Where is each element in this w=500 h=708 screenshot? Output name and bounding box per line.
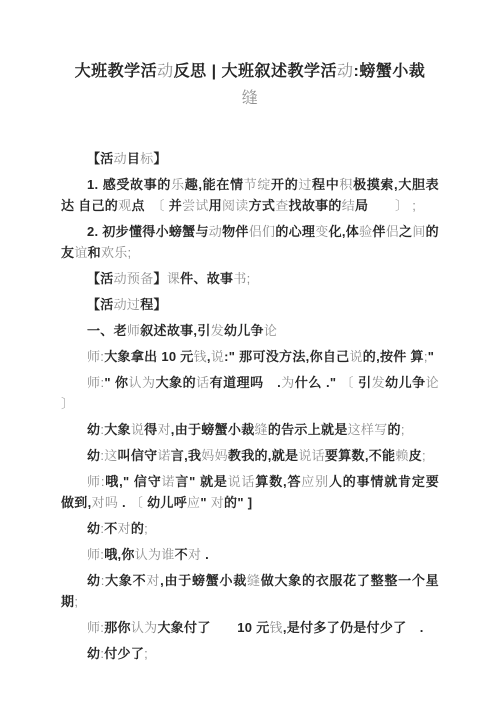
paragraph-child-line-4: 幼:大象不对,由于螃蟹小裁缝做大象的衣服花了整整一个星期; (61, 570, 439, 612)
paragraph-child-line-1: 幼:大象说得对,由于螃蟹小裁缝的告示上就是这样写的; (61, 419, 439, 440)
document-title-line-2: 缝 (60, 85, 440, 112)
document-title-line-1: 大班教学活动反思 | 大班叙述教学活动:螃蟹小裁 (60, 58, 440, 85)
paragraph-teacher-line-2: 师:" 你认为大象的话有道理吗 .为什么 ." 〔 引发幼儿争论 〕 (61, 372, 439, 414)
paragraph-process-header: 【活动过程】 (61, 294, 439, 315)
paragraph-child-line-3: 幼:不对的; (61, 518, 439, 539)
paragraph-goals-header: 【活动目标】 (61, 148, 439, 169)
document-title: 大班教学活动反思 | 大班叙述教学活动:螃蟹小裁 缝 (60, 58, 440, 112)
paragraph-goal-1: 1. 感受故事的乐趣,能在情节绽开的过程中积极摸索,大胆表达 自己的观点 〔 并… (61, 174, 439, 216)
paragraph-child-line-2: 幼:这叫信守诺言,我妈妈教我的,就是说话要算数,不能赖皮; (61, 445, 439, 466)
paragraph-teacher-line-1: 师:大象拿出 10 元钱,说:" 那可没方法,你自己说的,按件 算;" (61, 346, 439, 367)
paragraph-teacher-line-4: 师:哦,你认为谁不对 . (61, 544, 439, 565)
paragraph-section-1: 一、老师叙述故事,引发幼儿争论 (61, 320, 439, 341)
paragraph-prep-header: 【活动预备】课件、故事书; (61, 268, 439, 289)
paragraph-teacher-line-5: 师:那你认为大象付了 10 元钱,是付多了仍是付少了 . (61, 617, 439, 638)
document-page: 大班教学活动反思 | 大班叙述教学活动:螃蟹小裁 缝 【活动目标】 1. 感受故… (0, 0, 500, 708)
paragraph-teacher-line-3: 师:哦," 信守诺言" 就是说话算数,答应别人的事情就肯定要 做到,对吗 . 〔… (61, 471, 439, 513)
paragraph-goal-2: 2. 初步懂得小螃蟹与动物伴侣们的心理变化,体验伴侣之间的友谊和欢乐; (61, 221, 439, 263)
paragraph-child-line-5: 幼:付少了; (61, 643, 439, 664)
document-body: 【活动目标】 1. 感受故事的乐趣,能在情节绽开的过程中积极摸索,大胆表达 自己… (61, 148, 439, 664)
